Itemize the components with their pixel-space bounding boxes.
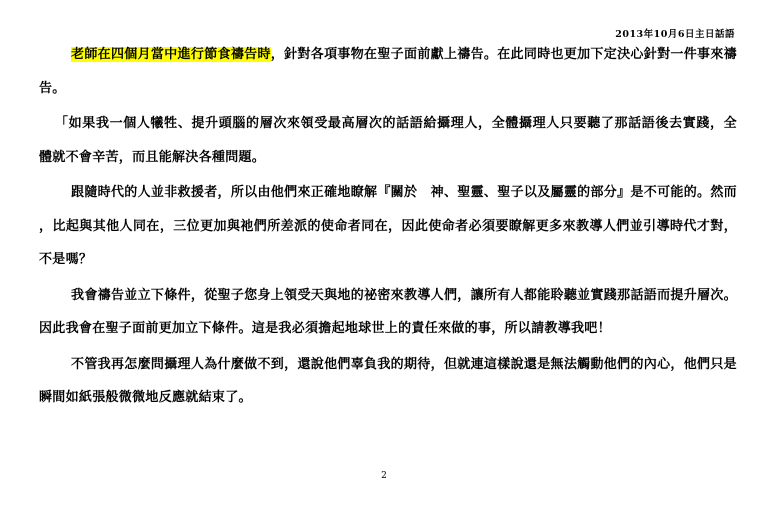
paragraph: 跟隨時代的人並非救援者，所以由他們來正確地瞭解『關於 神、聖靈、聖子以及屬靈的部… bbox=[39, 176, 737, 277]
line-text: 瞬間如紙張般微微地反應就結束了。 bbox=[39, 390, 252, 405]
line-text: 體就不會辛苦，而且能解決各種問題。 bbox=[39, 150, 265, 165]
paragraph: 我會禱告並立下條件，從聖子您身上領受天與地的祕密來教導人們，讓所有人都能聆聽並實… bbox=[39, 279, 737, 346]
document-page: 2013年10月6日主日話語 老師在四個月當中進行節食禱告時，針對各項事物在聖子… bbox=[0, 0, 768, 507]
line-text: 「如果我一個人犧牲、提升頭腦的層次來領受最高層次的話語給攝理人，全體攝理人只要聽… bbox=[55, 116, 737, 131]
line-text: 我會禱告並立下條件，從聖子您身上領受天與地的祕密來教導人們，讓所有人都能聆聽並實… bbox=[71, 288, 737, 303]
line-text: ，比起與其他人同在，三位更加與祂們所差派的使命者同在，因此使命者必須要瞭解更多來… bbox=[39, 219, 737, 234]
line-text: 跟隨時代的人並非救援者，所以由他們來正確地瞭解『關於 神、聖靈、聖子以及屬靈的部… bbox=[71, 185, 737, 200]
line-text: ，針對各項事物在聖子面前獻上禱告。在此同時也更加下定決心針對一件事來禱 bbox=[271, 47, 737, 62]
line-text: 不管我再怎麼問攝理人為什麼做不到，還說他們辜負我的期待，但就連這樣說還是無法觸動… bbox=[71, 357, 737, 372]
highlighted-text: 老師在四個月當中進行節食禱告時 bbox=[71, 47, 271, 62]
paragraph: 老師在四個月當中進行節食禱告時，針對各項事物在聖子面前獻上禱告。在此同時也更加下… bbox=[39, 38, 737, 105]
paragraph: 「如果我一個人犧牲、提升頭腦的層次來領受最高層次的話語給攝理人，全體攝理人只要聽… bbox=[39, 107, 737, 174]
line-text: 不是嗎？ bbox=[39, 252, 92, 267]
paragraph: 不管我再怎麼問攝理人為什麼做不到，還說他們辜負我的期待，但就連這樣說還是無法觸動… bbox=[39, 348, 737, 415]
line-text: 因此我會在聖子面前更加立下條件。這是我必須擔起地球世上的責任來做的事，所以請教導… bbox=[39, 321, 611, 336]
text-line: 「如果我一個人犧牲、提升頭腦的層次來領受最高層次的話語給攝理人，全體攝理人只要聽… bbox=[39, 107, 737, 141]
text-line: 瞬間如紙張般微微地反應就結束了。 bbox=[39, 381, 737, 415]
document-body: 老師在四個月當中進行節食禱告時，針對各項事物在聖子面前獻上禱告。在此同時也更加下… bbox=[39, 38, 737, 417]
text-line: 不是嗎？ bbox=[39, 243, 737, 277]
page-number: 2 bbox=[0, 471, 768, 481]
text-line: 跟隨時代的人並非救援者，所以由他們來正確地瞭解『關於 神、聖靈、聖子以及屬靈的部… bbox=[39, 176, 737, 210]
text-line: 我會禱告並立下條件，從聖子您身上領受天與地的祕密來教導人們，讓所有人都能聆聽並實… bbox=[39, 279, 737, 313]
text-line: 告。 bbox=[39, 72, 737, 106]
text-line: 因此我會在聖子面前更加立下條件。這是我必須擔起地球世上的責任來做的事，所以請教導… bbox=[39, 312, 737, 346]
text-line: 體就不會辛苦，而且能解決各種問題。 bbox=[39, 141, 737, 175]
text-line: 不管我再怎麼問攝理人為什麼做不到，還說他們辜負我的期待，但就連這樣說還是無法觸動… bbox=[39, 348, 737, 382]
line-text: 告。 bbox=[39, 81, 66, 96]
text-line: 老師在四個月當中進行節食禱告時，針對各項事物在聖子面前獻上禱告。在此同時也更加下… bbox=[39, 38, 737, 72]
text-line: ，比起與其他人同在，三位更加與祂們所差派的使命者同在，因此使命者必須要瞭解更多來… bbox=[39, 210, 737, 244]
